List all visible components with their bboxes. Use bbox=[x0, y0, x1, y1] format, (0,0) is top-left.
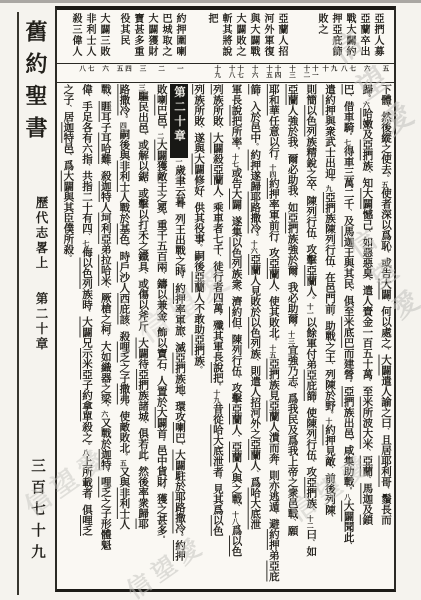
verse-number: 七 bbox=[86, 65, 94, 81]
page-number: 三百七十九 bbox=[27, 458, 48, 566]
chapter-summary: 大闢三敗非利士人殺三偉人 bbox=[68, 13, 110, 59]
punctuation: 、 bbox=[326, 363, 333, 370]
verse-number-slot: 十九 bbox=[207, 65, 226, 81]
proper-name: 亞捫 bbox=[361, 140, 372, 161]
verse-number: 十六 bbox=[250, 240, 258, 254]
verse-number: 三 bbox=[138, 65, 146, 81]
proper-name: 非利士 bbox=[118, 488, 129, 520]
proper-name: 亞蘭 bbox=[231, 404, 242, 425]
proper-name: 大闢 bbox=[137, 338, 148, 359]
proper-name: 坷利亞 bbox=[100, 213, 111, 245]
punctuation: 、 bbox=[326, 266, 333, 273]
verse-number: 十三 bbox=[288, 331, 296, 345]
verse-number-slot bbox=[188, 65, 207, 81]
proper-name: 約押 bbox=[324, 425, 335, 446]
proper-name: 大闢 bbox=[156, 140, 167, 161]
punctuation: 。 bbox=[158, 536, 165, 543]
proper-name: 亞捫 bbox=[324, 192, 335, 213]
verse-number-slot: 九十 bbox=[319, 65, 338, 81]
proper-name: 鎖 bbox=[361, 515, 372, 526]
proper-name: 亞庇 bbox=[268, 561, 279, 582]
punctuation: 、 bbox=[102, 335, 109, 342]
punctuation: 、 bbox=[64, 154, 71, 161]
body-column: 第二十章一歲聿云暮、列王出戰之時、約押率軍旅、滅亞捫族地、環攻喇巴、大闢駐於耶路… bbox=[170, 84, 189, 587]
punctuation: 、 bbox=[326, 314, 333, 321]
punctuation: 、 bbox=[345, 95, 352, 102]
proper-name: 示米亞 bbox=[81, 348, 92, 380]
body-column: 列族所敗、遂與大闢修好、供其役事。嗣後亞蘭人不敢助亞捫族。 bbox=[188, 84, 207, 587]
punctuation: 、 bbox=[270, 290, 277, 297]
punctuation: 。 bbox=[195, 244, 202, 251]
proper-name: 馬迦 bbox=[343, 226, 354, 247]
body-column: 遣約押與衆武士出迎。九亞捫族陳列行伍、在邑門前、助戰之王、列陳於野。十約押見敵、… bbox=[319, 84, 338, 587]
verse-number: 十 bbox=[321, 65, 329, 81]
proper-name: 亞捫 bbox=[287, 213, 298, 234]
punctuation: 、 bbox=[382, 300, 389, 307]
verse-number: 四 bbox=[119, 122, 127, 129]
proper-name: 拉哈米 bbox=[100, 255, 111, 287]
punctuation: 、 bbox=[363, 230, 370, 237]
verse-number: 九 bbox=[325, 185, 333, 192]
punctuation: 。 bbox=[158, 439, 165, 446]
punctuation: 、 bbox=[345, 209, 352, 216]
proper-name: 亞蘭 bbox=[305, 265, 316, 286]
proper-name: 說把 bbox=[212, 362, 223, 383]
verse-number: 十一 bbox=[310, 65, 318, 81]
punctuation: 、 bbox=[307, 401, 314, 408]
verse-number-slot: 十七十八 bbox=[226, 65, 245, 81]
punctuation: 、 bbox=[233, 210, 240, 217]
proper-name: 耶 bbox=[137, 519, 148, 530]
body-column: 耶和華任意以行。十四約押率軍前行、攻亞蘭人、使其敗北。十五亞捫族見亞蘭人潰而奔、… bbox=[263, 84, 282, 587]
scanned-page: 舊約聖書 歷代志畧上 第二十章 三百七十九 亞捫人募亞蘭卒出戰大闢約押亞庇篩敗之… bbox=[0, 0, 421, 600]
proper-name: 大闢 bbox=[81, 317, 92, 338]
proper-name: 大闢 bbox=[343, 501, 354, 522]
proper-name: 亞蘭 bbox=[231, 442, 242, 463]
punctuation: 、 bbox=[345, 289, 352, 296]
proper-name: 亞蘭 bbox=[361, 456, 372, 477]
punctuation: 、 bbox=[345, 439, 352, 446]
verse-number: 十 bbox=[325, 418, 333, 425]
punctuation: 、 bbox=[158, 213, 165, 220]
punctuation: 、 bbox=[139, 272, 146, 279]
verse-number-slot: 二 bbox=[151, 65, 170, 81]
body-column: 歸。六哈嫩及亞捫族、知大闢憾己、如惡惡臭、遣人賚金一百五十萬、至米所波大米、亞蘭… bbox=[357, 84, 376, 587]
proper-name: 約押 bbox=[174, 283, 185, 304]
verse-number: 七 bbox=[344, 139, 352, 146]
punctuation: 、 bbox=[120, 405, 127, 412]
body-column: 路撒冷。四嗣後與非利士人戰於基色、時戶沙人西庇該、殺哩乏之子撒弗、使敵敗北。五又… bbox=[114, 84, 133, 587]
proper-name: 基色 bbox=[118, 224, 129, 245]
proper-name: 撒弗 bbox=[118, 384, 129, 405]
verse-number: 四 bbox=[124, 65, 132, 81]
scripture-body: 下體、然後縱之使去。五使者深以爲恥、或告大闢、何以處之、大闢遣人諭之曰、且居耶利… bbox=[57, 84, 394, 587]
proper-name: 大闢 bbox=[380, 279, 391, 300]
punctuation: 、 bbox=[251, 95, 258, 102]
punctuation: 、 bbox=[64, 105, 71, 112]
proper-name: 米所波大米 bbox=[361, 397, 372, 450]
verse-number: 一 bbox=[175, 65, 183, 81]
proper-name: 亞蘭 bbox=[249, 254, 260, 275]
punctuation: 、 bbox=[176, 336, 183, 343]
punctuation: 、 bbox=[289, 387, 296, 394]
punctuation: 、 bbox=[289, 147, 296, 154]
verse-number-slot: 十三 bbox=[282, 65, 301, 81]
proper-name: 大闢 bbox=[174, 450, 185, 471]
book-title: 歷代志畧上 bbox=[32, 196, 50, 271]
verse-number: 十四 bbox=[269, 164, 277, 178]
proper-name: 亞蘭 bbox=[193, 272, 204, 293]
punctuation: 、 bbox=[195, 196, 202, 203]
punctuation: 、 bbox=[139, 460, 146, 467]
punctuation: 、 bbox=[382, 428, 389, 435]
punctuation: 、 bbox=[307, 189, 314, 196]
body-column: 下體、然後縱之使去。五使者深以爲恥、或告大闢、何以處之、大闢遣人諭之曰、且居耶利… bbox=[375, 84, 394, 587]
proper-name: 迦特 bbox=[62, 122, 73, 143]
punctuation: 、 bbox=[139, 422, 146, 429]
verse-number: 十九 bbox=[213, 65, 221, 81]
verse-number: 六 bbox=[362, 65, 370, 81]
verse-number-slot bbox=[58, 65, 77, 81]
punctuation: 、 bbox=[158, 272, 165, 279]
proper-name: 以色 bbox=[212, 515, 223, 536]
verse-number: 二 bbox=[157, 133, 165, 140]
proper-name: 亞捫 bbox=[343, 386, 354, 407]
proper-name: 哩乏 bbox=[81, 515, 92, 536]
punctuation: 、 bbox=[158, 487, 165, 494]
verse-number-slot: 十四十五 bbox=[263, 65, 282, 81]
body-column: 三驅民出邑、或解以鋸、或擊以打禾之鐵具、或傷以斧斤、大闢待亞捫族諸城、俱若此、然… bbox=[132, 84, 151, 587]
proper-name: 篩 bbox=[249, 84, 260, 95]
punctuation: 、 bbox=[158, 369, 165, 376]
body-column: 則簡以色列族精銳之卒、陳列行伍、攻擊亞蘭人。十一以餘軍付弟亞庇篩、使陳列行伍、攻… bbox=[301, 84, 320, 587]
punctuation: 、 bbox=[270, 512, 277, 519]
verse-number: 八 bbox=[78, 65, 86, 81]
verse-number: 七 bbox=[82, 240, 90, 247]
verse-number-slot: 四五 bbox=[114, 65, 133, 81]
verse-number-slot: 十六 bbox=[245, 65, 264, 81]
punctuation: 、 bbox=[214, 314, 221, 321]
proper-name: 戶沙 bbox=[118, 262, 129, 283]
verse-number-slot: 三 bbox=[132, 65, 151, 81]
punctuation: 、 bbox=[233, 376, 240, 383]
proper-name: 亞捫 bbox=[268, 359, 279, 380]
proper-name: 路撒冷 bbox=[118, 84, 129, 116]
verse-number: 六 bbox=[362, 101, 370, 108]
verse-number: 十九 bbox=[213, 390, 221, 404]
punctuation: 、 bbox=[120, 325, 127, 332]
punctuation: 、 bbox=[289, 196, 296, 203]
verse-number-band: 五六七八九十十一十二十三十四十五十六十七十八十九一二三四五六七八 bbox=[57, 65, 394, 81]
proper-name: 西庇該 bbox=[118, 293, 129, 325]
punctuation: 、 bbox=[176, 207, 183, 214]
verse-number: 八 bbox=[344, 494, 352, 501]
chapter-summary: 約押圍喇巴城取之大闢獲財寶甚多重役其民 bbox=[116, 13, 186, 59]
verse-number: 五 bbox=[115, 65, 123, 81]
verse-number: 三 bbox=[138, 84, 146, 91]
punctuation: 、 bbox=[102, 164, 109, 171]
proper-name: 耳哈難 bbox=[100, 133, 111, 165]
proper-name: 大闢 bbox=[193, 154, 204, 175]
proper-name: 大闢 bbox=[231, 189, 242, 210]
punctuation: 、 bbox=[326, 515, 333, 522]
scan-edge bbox=[0, 0, 421, 3]
punctuation: 、 bbox=[363, 279, 370, 286]
body-column: 巴、借車騎。七得車三萬二千、及馬迦王與其民、俱至米底巴而建營。亞捫族出邑、咸集助… bbox=[338, 84, 357, 587]
punctuation: 、 bbox=[307, 460, 314, 467]
proper-name: 巴 bbox=[343, 84, 354, 95]
proper-name: 亞捫 bbox=[305, 477, 316, 498]
proper-name: 哈大底泄 bbox=[249, 488, 260, 530]
proper-name: 亞蘭 bbox=[268, 258, 279, 279]
punctuation: 、 bbox=[214, 255, 221, 262]
proper-name: 迦特 bbox=[100, 449, 111, 470]
punctuation: 、 bbox=[363, 171, 370, 178]
verse-number: 十七 bbox=[232, 154, 240, 168]
proper-name: 哈大底泄 bbox=[212, 425, 223, 467]
proper-name: 以色列 bbox=[249, 317, 260, 349]
punctuation: 、 bbox=[289, 276, 296, 283]
verse-number: 二 bbox=[157, 65, 165, 81]
proper-name: 以色列 bbox=[231, 237, 242, 269]
punctuation: 、 bbox=[195, 126, 202, 133]
testament-title: 舊約聖書 bbox=[20, 20, 51, 148]
punctuation: 、 bbox=[289, 519, 296, 526]
proper-name: 列 bbox=[193, 84, 204, 95]
proper-name: 大闢 bbox=[62, 171, 73, 192]
punctuation: 、 bbox=[382, 487, 389, 494]
verse-number: 六 bbox=[101, 411, 109, 418]
proper-name: 耶路撒冷 bbox=[174, 492, 185, 534]
punctuation: 、 bbox=[307, 540, 314, 547]
chapter-heading-inverted: 第二十章 bbox=[170, 84, 189, 158]
proper-name: 亞庇篩 bbox=[305, 370, 316, 402]
punctuation: 、 bbox=[139, 182, 146, 189]
text-frame: 亞捫人募亞蘭卒出戰大闢約押亞庇篩敗之亞蘭人招河外軍復與大闢戰大闢敗之斬其將說把約… bbox=[55, 6, 396, 592]
proper-name: 亞捫 bbox=[193, 335, 204, 356]
verse-number: 十二 bbox=[306, 515, 314, 529]
verse-number: 十一 bbox=[306, 303, 314, 317]
body-column: 亞蘭人強於我、爾必助我、如亞捫族強於爾、我必助爾。十三宜強乃志、爲我民及爲我上帝… bbox=[282, 84, 301, 587]
chapter-summary: 亞蘭人招河外軍復與大闢戰大闢敗之斬其將說把 bbox=[204, 13, 288, 59]
proper-name: 約押 bbox=[268, 178, 279, 199]
proper-name: 約拿單 bbox=[81, 390, 92, 422]
punctuation: 、 bbox=[326, 467, 333, 474]
punctuation: 、 bbox=[233, 328, 240, 335]
verse-number: 六 bbox=[101, 65, 109, 81]
proper-name: 約但 bbox=[231, 307, 242, 328]
proper-name: 亞蘭 bbox=[212, 164, 223, 185]
verse-number: 八 bbox=[339, 65, 347, 81]
punctuation: 、 bbox=[120, 245, 127, 252]
verse-number: 十五 bbox=[265, 65, 273, 81]
punctuation: 、 bbox=[270, 464, 277, 471]
chapter-label: 第二十章 bbox=[32, 292, 50, 352]
proper-name: 約押 bbox=[268, 529, 279, 550]
verse-number: 十五 bbox=[269, 345, 277, 359]
chapter-summary: 亞捫人募亞蘭卒出戰大闢約押亞庇篩敗之 bbox=[314, 13, 384, 59]
punctuation: 、 bbox=[233, 290, 240, 297]
verse-number: 九 bbox=[329, 65, 337, 81]
proper-name: 亞捫 bbox=[174, 353, 185, 374]
proper-name: 約押 bbox=[324, 95, 335, 116]
punctuation: 。 bbox=[195, 366, 202, 373]
proper-name: 說把 bbox=[231, 105, 242, 126]
proper-name: 哩乏 bbox=[118, 342, 129, 363]
punctuation: 。 bbox=[64, 255, 71, 262]
proper-name: 米底巴 bbox=[343, 317, 354, 349]
band-rule bbox=[57, 63, 394, 64]
proper-name: 馬迦 bbox=[361, 483, 372, 504]
proper-name: 大闢 bbox=[212, 133, 223, 154]
body-column: 篩、入於邑中。約押遂歸耶路撒冷。十六亞蘭人見敗於以色列族、則遣人招河外之亞蘭人、… bbox=[245, 84, 264, 587]
proper-name: 耶利哥 bbox=[380, 456, 391, 488]
verse-number: 十八 bbox=[227, 65, 235, 81]
body-rule bbox=[57, 82, 394, 83]
punctuation: 、 bbox=[158, 321, 165, 328]
proper-name: 迦特 bbox=[100, 181, 111, 202]
proper-name: 約押 bbox=[249, 150, 260, 171]
verse-number: 十七 bbox=[236, 65, 244, 81]
punctuation: 、 bbox=[139, 133, 146, 140]
proper-name: 哈嫩 bbox=[361, 108, 372, 129]
proper-name: 以色列 bbox=[305, 105, 316, 137]
verse-number: 一 bbox=[175, 158, 183, 165]
proper-name: 亞蘭 bbox=[268, 401, 279, 422]
chapter-summary-band: 亞捫人募亞蘭卒出戰大闢約押亞庇篩敗之亞蘭人招河外軍復與大闢戰大闢敗之斬其將說把約… bbox=[57, 13, 394, 61]
verse-number-slot: 七八 bbox=[76, 65, 95, 81]
proper-name: 喇巴 bbox=[156, 95, 167, 116]
punctuation: 、 bbox=[251, 471, 258, 478]
proper-name: 耶路撒冷 bbox=[249, 192, 260, 234]
proper-name: 以色 bbox=[231, 536, 242, 557]
body-column: 偉、手足各有六指、共指二十有四、七侮以色列族時、大闢兄示米亞子約拿單殺之。八上所… bbox=[76, 84, 95, 587]
proper-name: 哩乏 bbox=[100, 477, 111, 498]
verse-number: 五 bbox=[119, 460, 127, 467]
verse-number-slot: 一 bbox=[170, 65, 189, 81]
punctuation: 、 bbox=[176, 395, 183, 402]
verse-number: 五 bbox=[381, 181, 389, 188]
punctuation: 、 bbox=[270, 241, 277, 248]
punctuation: 、 bbox=[83, 498, 90, 505]
verse-number: 十六 bbox=[250, 65, 258, 81]
proper-name: 喇巴 bbox=[174, 422, 185, 443]
body-column: 敗喇巴邑。二大闢獲敵王之冕、重千五百兩、鑄以兼金、飾以寶石、人置於大闢首。邑中貨… bbox=[151, 84, 170, 587]
proper-name: 耶和華 bbox=[268, 84, 279, 116]
punctuation: 、 bbox=[251, 359, 258, 366]
verse-number-slot: 五 bbox=[375, 65, 394, 81]
verse-number: 八 bbox=[82, 449, 90, 456]
punctuation: 、 bbox=[83, 164, 90, 171]
proper-name: 列 bbox=[212, 84, 223, 95]
proper-name: 大闢 bbox=[156, 407, 167, 428]
proper-name: 大闢 bbox=[380, 355, 391, 376]
verse-number-slot: 六 bbox=[95, 65, 114, 81]
proper-name: 以色列 bbox=[81, 258, 92, 290]
verse-number: 七 bbox=[348, 65, 356, 81]
punctuation: 、 bbox=[307, 238, 314, 245]
verse-number-slot: 六 bbox=[357, 65, 376, 81]
verse-number-slot: 十一十二 bbox=[301, 65, 320, 81]
punctuation: 、 bbox=[214, 477, 221, 484]
body-column: 之子、居迦特邑、爲大闢與其臣僕所殺。 bbox=[58, 84, 77, 587]
body-column: 戰、睚耳子耳哈難、殺迦特人坷利亞弟拉哈米、厥槍之柯、大如織器之梁。六又戰於迦特、… bbox=[95, 84, 114, 587]
punctuation: 、 bbox=[345, 543, 352, 550]
spine-line bbox=[17, 12, 19, 595]
verse-number: 五 bbox=[381, 65, 389, 81]
proper-name: 亞捫 bbox=[137, 369, 148, 390]
proper-name: 亞蘭 bbox=[249, 439, 260, 460]
body-column: 列族所敗、大闢殺亞蘭人、乘車者七千、徒行者四萬、殲其軍長說把。十九昔從哈大底泄者… bbox=[207, 84, 226, 587]
verse-number: 十二 bbox=[302, 65, 310, 81]
punctuation: 、 bbox=[363, 380, 370, 387]
verse-number-slot: 七八 bbox=[338, 65, 357, 81]
proper-name: 睚耳 bbox=[100, 101, 111, 122]
proper-name: 非利士 bbox=[118, 161, 129, 193]
punctuation: 、 bbox=[214, 196, 221, 203]
verse-number: 十四 bbox=[273, 65, 281, 81]
proper-name: 大闢 bbox=[361, 188, 372, 209]
proper-name: 約押 bbox=[174, 540, 185, 561]
verse-number: 十八 bbox=[232, 511, 240, 525]
verse-number: 十三 bbox=[287, 65, 295, 81]
proper-name: 亞蘭 bbox=[287, 84, 298, 105]
body-column: 軍長說把所率。十七或告大闢、遂集以色列族衆、濟約但、陳列行伍、攻擊亞蘭人、亞蘭人… bbox=[226, 84, 245, 587]
punctuation: 、 bbox=[382, 105, 389, 112]
punctuation: 、 bbox=[83, 95, 90, 102]
punctuation: 、 bbox=[102, 286, 109, 293]
punctuation: 、 bbox=[382, 251, 389, 258]
